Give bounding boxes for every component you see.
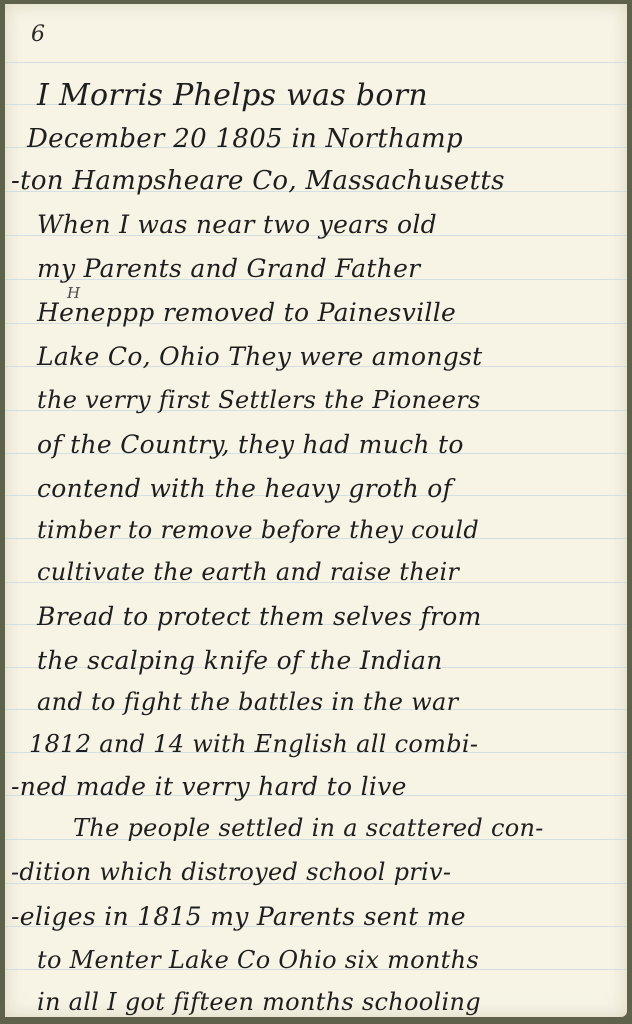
manuscript-line: my Parents and Grand Father [37, 254, 420, 283]
manuscript-line: -ned made it verry hard to live [11, 772, 407, 801]
manuscript-page: 6 I Morris Phelps was bornDecember 20 18… [5, 4, 627, 1017]
manuscript-line: timber to remove before they could [37, 516, 479, 544]
manuscript-line: -eliges in 1815 my Parents sent me [11, 902, 466, 931]
manuscript-line: in all I got fifteen months schooling [37, 988, 481, 1016]
manuscript-line: Lake Co, Ohio They were amongst [37, 342, 483, 371]
ruled-line [5, 62, 627, 63]
manuscript-line: -dition which distroyed school priv- [11, 858, 451, 886]
manuscript-line: of the Country, they had much to [37, 430, 464, 459]
manuscript-line: and to fight the battles in the war [37, 688, 458, 716]
manuscript-line: Heneppp removed to Painesville [37, 298, 456, 327]
manuscript-line: I Morris Phelps was born [37, 78, 428, 113]
page-number: 6 [31, 22, 45, 47]
manuscript-line: 1812 and 14 with English all combi- [29, 730, 478, 758]
manuscript-line: -ton Hampsheare Co, Massachusetts [11, 166, 505, 196]
manuscript-line: cultivate the earth and raise their [37, 558, 459, 586]
manuscript-line: December 20 1805 in Northamp [27, 124, 463, 154]
manuscript-line: The people settled in a scattered con- [73, 814, 544, 842]
manuscript-line: Bread to protect them selves from [37, 602, 482, 631]
scan-border: 6 I Morris Phelps was bornDecember 20 18… [0, 0, 632, 1024]
manuscript-line: to Menter Lake Co Ohio six months [37, 946, 479, 974]
manuscript-line: contend with the heavy groth of [37, 474, 452, 503]
manuscript-line: When I was near two years old [37, 210, 437, 239]
manuscript-line: the scalping knife of the Indian [37, 646, 443, 675]
insertion-mark: H [67, 284, 80, 302]
manuscript-line: the verry first Settlers the Pioneers [37, 386, 481, 414]
